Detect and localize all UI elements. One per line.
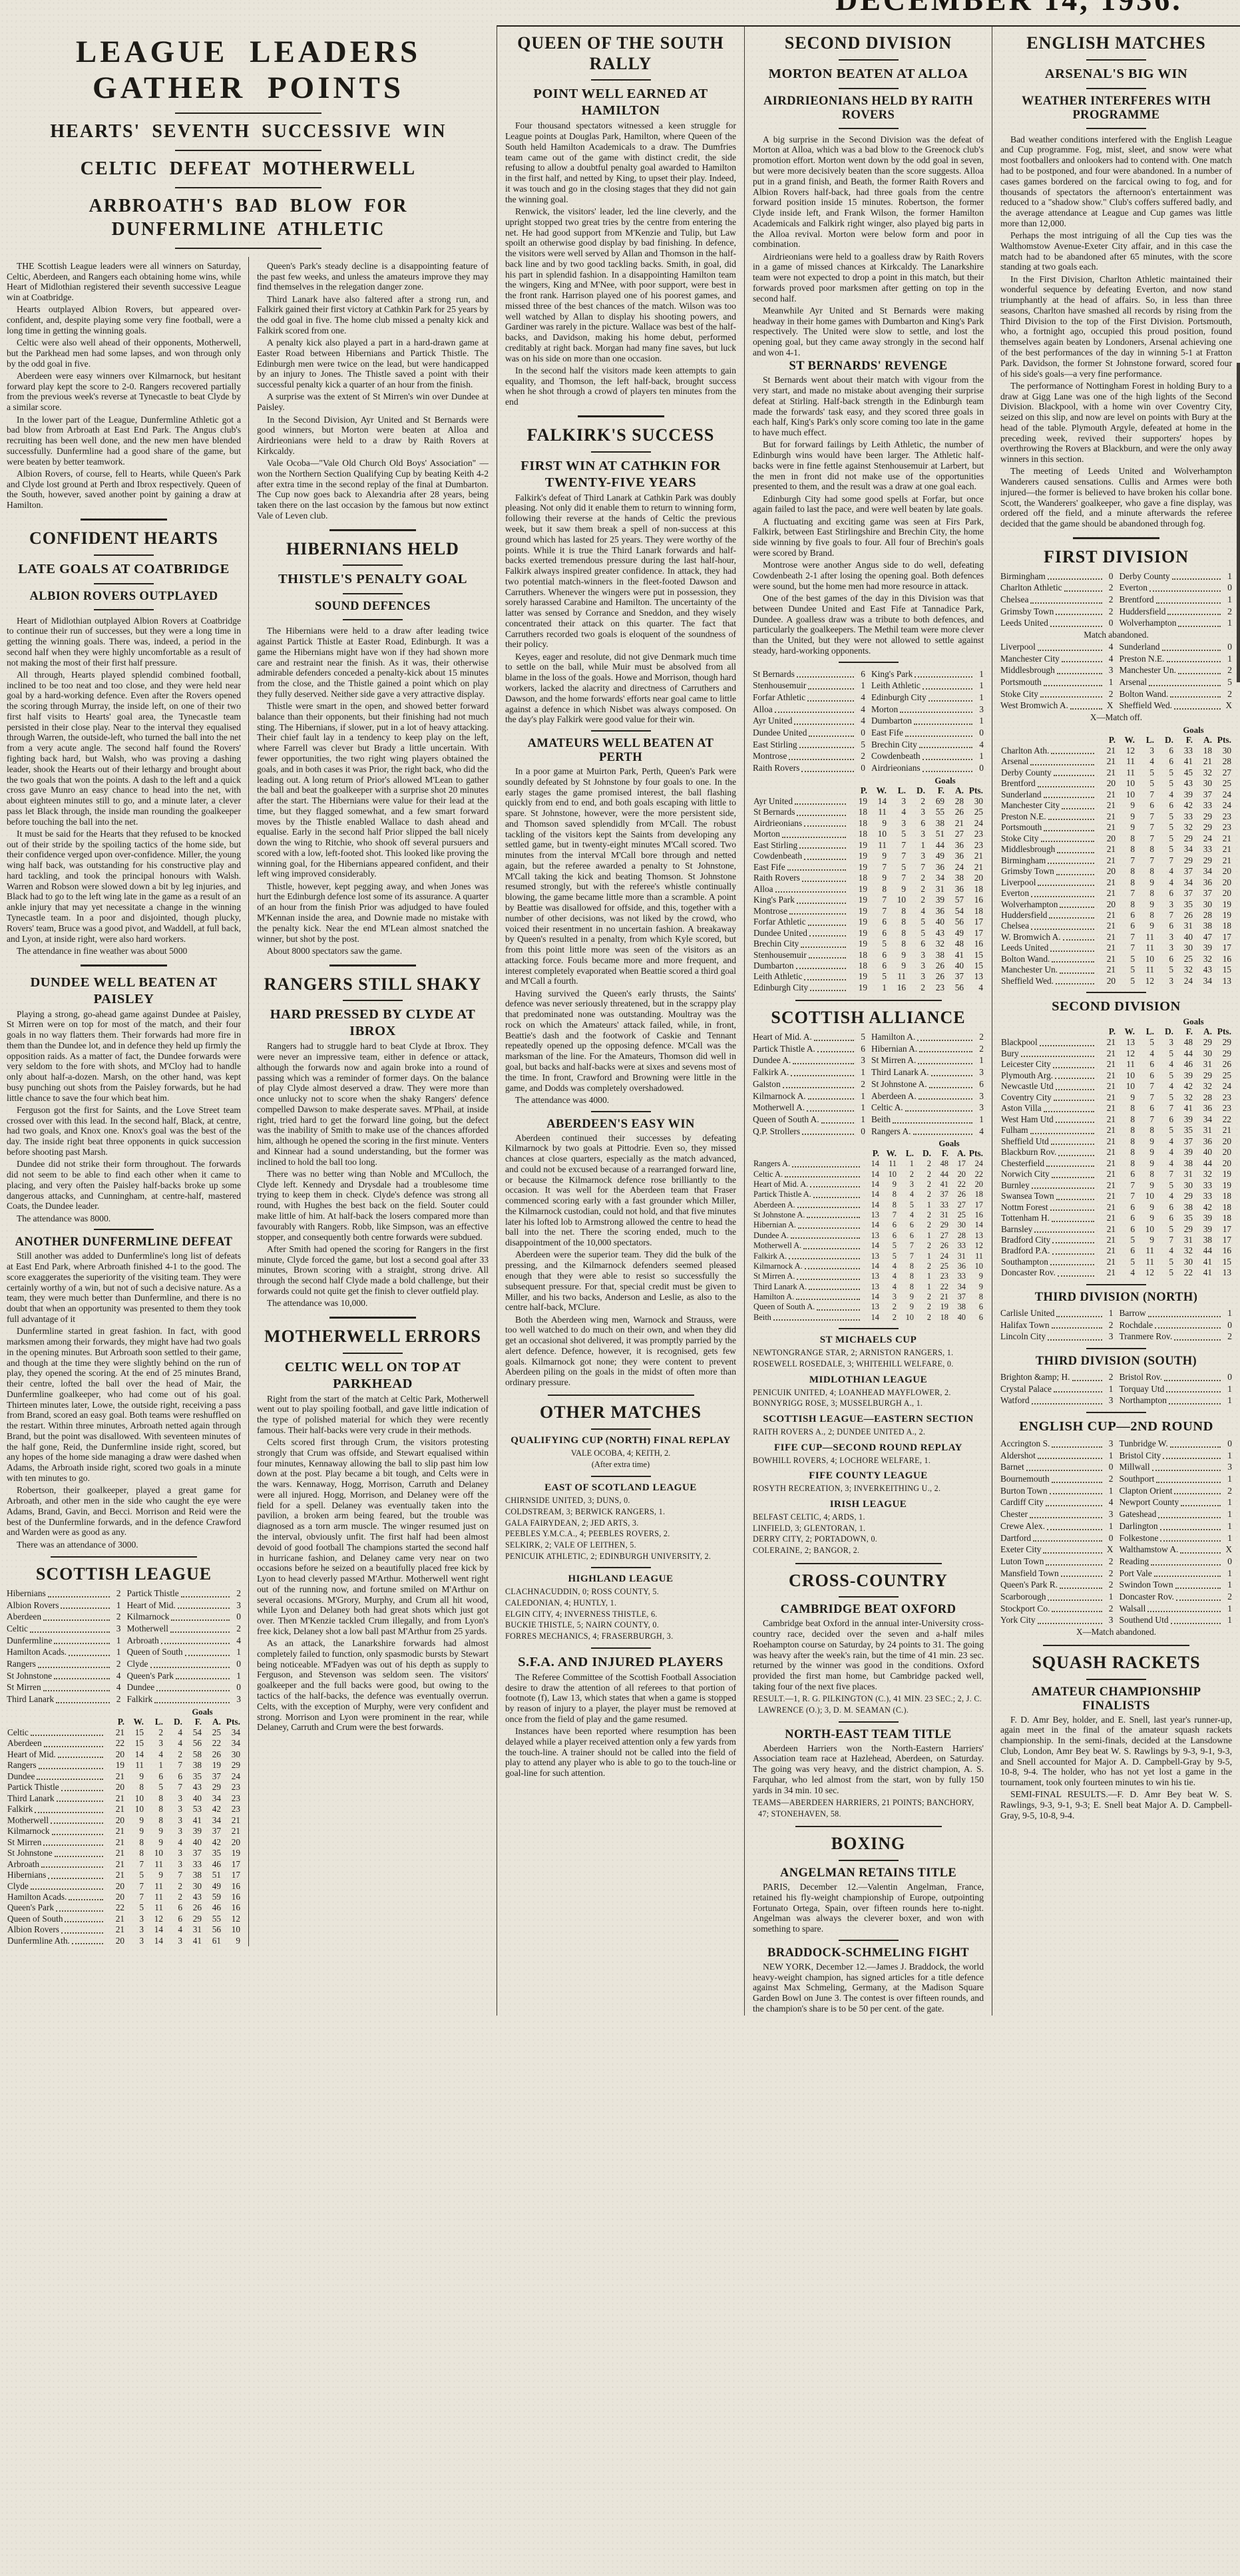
- home-score: 0: [856, 762, 865, 774]
- result-line: CLACHNACUDDIN, 0; ROSS COUNTY, 5.: [505, 1586, 736, 1598]
- home-score: 1: [112, 1635, 121, 1647]
- braddock-report: NEW YORK, December 12.—James J. Braddock…: [753, 1962, 984, 2014]
- away-score: 1: [1223, 1450, 1232, 1462]
- section-rule: [591, 451, 651, 453]
- headline-rule: [175, 248, 321, 249]
- result-row: Barnet0 Millwall3: [1000, 1461, 1232, 1473]
- column-header: W.: [880, 1148, 897, 1159]
- table-row: Hibernian A. 14662293014: [753, 1220, 984, 1230]
- table-row: Birmingham 21777292921: [1000, 855, 1232, 866]
- dot-leader: [41, 1859, 103, 1868]
- column-header: Pts.: [222, 1717, 241, 1727]
- dot-leader: [156, 1681, 230, 1691]
- table-row: St Johnstone A. 13742312516: [753, 1210, 984, 1220]
- team-name: Blackpool: [1001, 1037, 1038, 1048]
- home-score: 1: [856, 1102, 865, 1114]
- home-team: Bournemouth: [1000, 1473, 1050, 1485]
- section-title-sfa-injured: S.F.A. AND INJURED PLAYERS: [505, 1654, 736, 1671]
- result-row: Cardiff City4 Newport County1: [1000, 1496, 1232, 1508]
- table-row: Dundee 21966353724: [7, 1771, 241, 1782]
- column-header: A.: [1193, 1026, 1213, 1037]
- home-team: Galston: [753, 1078, 781, 1090]
- dot-leader: [917, 1031, 972, 1041]
- home-score: 3: [1104, 1331, 1114, 1343]
- away-score: 4: [974, 1126, 984, 1138]
- result-row: Grimsby Town2 Huddersfield2: [1000, 606, 1232, 618]
- table-row: Bury 211245443029: [1000, 1048, 1232, 1059]
- section-divider: [839, 1721, 899, 1723]
- section-subtitle-albion-outplayed: ALBION ROVERS OUTPLAYED: [7, 590, 241, 604]
- result-row: Exeter CityX Walthamstow A.X: [1000, 1544, 1232, 1556]
- section-rule: [1086, 59, 1146, 61]
- dot-leader: [1056, 976, 1094, 984]
- column-header: W.: [125, 1717, 144, 1727]
- dot-leader: [1044, 822, 1094, 831]
- dot-leader: [171, 1611, 230, 1621]
- paragraph: Dunfermline started in great fashion. In…: [7, 1326, 241, 1483]
- first-division-results: Birmingham0 Derby County1 Charlton Athle…: [1000, 570, 1232, 724]
- third-south-results: Brighton &amp; H.2 Bristol Rov.0 Crystal…: [1000, 1371, 1232, 1406]
- paragraph: The attendance was 4000.: [505, 1095, 736, 1106]
- result-row: Brighton &amp; H.2 Bristol Rov.0: [1000, 1371, 1232, 1383]
- home-score: 1: [1104, 1520, 1114, 1532]
- hearts-report: Heart of Midlothian outplayed Albion Rov…: [7, 616, 241, 957]
- column-1: THE Scottish League leaders were all win…: [0, 257, 249, 1947]
- dot-leader: [1041, 833, 1094, 842]
- result-line: BELFAST CELTIC, 4; ARDS, 1.: [753, 1512, 984, 1523]
- dot-leader: [785, 1170, 860, 1178]
- dot-leader: [789, 1251, 860, 1259]
- table-row: Motherwell A. 14572263312: [753, 1241, 984, 1251]
- team-name: Bury: [1001, 1048, 1019, 1059]
- dot-leader: [1050, 1202, 1094, 1211]
- result-row: Manchester City4 Preston N.E.1: [1000, 653, 1232, 665]
- table-header-row: P.W.L.D.F.A.Pts.: [753, 785, 984, 796]
- section-title-third-north: THIRD DIVISION (NORTH): [1000, 1291, 1232, 1305]
- dot-leader: [905, 1102, 972, 1112]
- subsection-qualifying-cup: QUALIFYING CUP (NORTH) FINAL REPLAY: [505, 1435, 736, 1446]
- away-team: Beith: [871, 1114, 891, 1126]
- headline-sub-hearts: HEARTS' SEVENTH SUCCESSIVE WIN: [17, 120, 479, 143]
- section-subtitle-thistle-penalty: THISTLE'S PENALTY GOAL: [257, 571, 489, 588]
- column-3: QUEEN OF THE SOUTH RALLY POINT WELL EARN…: [497, 25, 745, 2016]
- fife-cup-results: BOWHILL ROVERS, 4; LOCHORE WELFARE, 1.: [753, 1455, 984, 1466]
- english-cup-results: Accrington S.3 Tunbridge W.0 Aldershot1 …: [1000, 1438, 1232, 1638]
- result-line: COLERAINE, 2; BANGOR, 2.: [753, 1545, 984, 1556]
- table-row: Brechin City 19586324816: [753, 939, 984, 949]
- boxing-report: PARIS, December 12.—Valentin Angelman, F…: [753, 1882, 984, 1934]
- team-name: Plymouth Arg.: [1001, 1070, 1053, 1081]
- section-rule: [839, 88, 899, 89]
- home-score: 2: [1104, 606, 1114, 618]
- home-score: 6: [856, 668, 865, 680]
- dot-leader: [1052, 954, 1094, 963]
- table-row: Blackpool 211353482929: [1000, 1037, 1232, 1048]
- paragraph: The Hibernians were held to a draw after…: [257, 626, 489, 699]
- home-score: 1: [856, 680, 865, 692]
- column-header: F.: [1174, 1026, 1193, 1037]
- result-row: Heart of Mid. A.5 Hamilton A.2: [753, 1031, 984, 1043]
- table-row: Burnley 21795303319: [1000, 1180, 1232, 1191]
- table-row: Leeds United 217113303917: [1000, 943, 1232, 953]
- home-team: Queen's Park R.: [1000, 1579, 1058, 1591]
- result-row: Liverpool4 Sunderland0: [1000, 641, 1232, 653]
- home-score: X: [1104, 1544, 1114, 1556]
- section-subtitle-airdrie-held: AIRDRIEONIANS HELD BY RAITH ROVERS: [753, 95, 984, 122]
- dot-leader: [1056, 606, 1102, 616]
- result-row: Dundee United0 East Fife0: [753, 727, 984, 739]
- headline-sub-arbroath: ARBROATH'S BAD BLOW FOR DUNFERMLINE ATHL…: [17, 195, 479, 240]
- section-rule: [94, 583, 154, 584]
- column-header: D.: [915, 1148, 932, 1159]
- section-subtitle-weather: WEATHER INTERFERES WITH PROGRAMME: [1000, 95, 1232, 122]
- result-row: Scarborough1 Doncaster Rov.2: [1000, 1591, 1232, 1603]
- subsection-fife-cup: FIFE CUP—SECOND ROUND REPLAY: [753, 1442, 984, 1454]
- table-row: King's Park 197102395716: [753, 895, 984, 905]
- away-score: 0: [1223, 582, 1232, 594]
- home-score: 0: [1104, 1532, 1114, 1544]
- squash-report: F. D. Amr Bey, holder, and E. Snell, las…: [1000, 1715, 1232, 1821]
- section-title-motherwell-errors: MOTHERWELL ERRORS: [257, 1327, 489, 1347]
- paragraph: A penalty kick also played a part in a h…: [257, 337, 489, 390]
- table-row: Barnsley 216105293917: [1000, 1224, 1232, 1235]
- section-title-falkirk-success: FALKIRK'S SUCCESS: [505, 425, 736, 446]
- dot-leader: [797, 807, 846, 815]
- home-team: Stockport Co.: [1000, 1603, 1050, 1615]
- away-score: 5: [1223, 676, 1232, 688]
- result-line: PEEBLES Y.M.C.A., 4; PEEBLES ROVERS, 2.: [505, 1528, 736, 1540]
- team-name: Raith Rovers: [753, 873, 800, 883]
- dot-leader: [796, 961, 846, 969]
- away-team: Falkirk: [127, 1693, 153, 1705]
- column-header: Pts.: [1213, 735, 1232, 746]
- dot-leader: [30, 1623, 110, 1633]
- paragraph: Falkirk's defeat of Third Lanark at Cath…: [505, 493, 736, 650]
- team-name: Charlton Ath.: [1001, 746, 1049, 756]
- result-line: BUCKIE THISTLE, 5; NAIRN COUNTY, 0.: [505, 1619, 736, 1631]
- result-row: Q.P. Strollers0 Rangers A.4: [753, 1126, 984, 1138]
- dot-leader: [1030, 1125, 1094, 1134]
- paragraph: Dundee did not strike their form through…: [7, 1159, 241, 1211]
- dot-leader: [181, 1588, 230, 1598]
- away-team: Millwall: [1120, 1461, 1150, 1473]
- section-divider: [591, 1476, 651, 1477]
- table-row: Dumbarton 18693264015: [753, 961, 984, 971]
- team-name: Hamilton A.: [753, 1292, 794, 1302]
- column-header: A.: [949, 1148, 966, 1159]
- away-team: Huddersfield: [1120, 606, 1166, 618]
- team-name: Hibernian A.: [753, 1220, 796, 1230]
- home-score: 3: [1104, 1438, 1114, 1450]
- dot-leader: [1030, 594, 1102, 604]
- table-row: Ayr United 191432692830: [753, 796, 984, 807]
- home-score: 2: [1104, 688, 1114, 700]
- section-rule: [839, 1860, 899, 1861]
- dot-leader: [807, 692, 854, 702]
- dot-leader: [154, 1693, 230, 1703]
- team-name: Heart of Mid.: [7, 1749, 56, 1760]
- dot-leader: [1040, 688, 1102, 698]
- dot-leader: [918, 1054, 972, 1064]
- dot-leader: [810, 982, 846, 991]
- dot-leader: [915, 668, 972, 678]
- away-score: 3: [974, 1066, 984, 1078]
- table-row: Huddersfield 21687262819: [1000, 910, 1232, 921]
- result-row: St Mirren4 Dundee0: [7, 1681, 241, 1693]
- team-name: Aberdeen: [7, 1738, 42, 1749]
- team-name: Queen of South: [7, 1914, 63, 1924]
- dot-leader: [1049, 910, 1094, 919]
- table-row: Coventry City 21975322823: [1000, 1092, 1232, 1103]
- dot-leader: [1062, 800, 1094, 809]
- section-title-english-cup: ENGLISH CUP—2ND ROUND: [1000, 1418, 1232, 1435]
- home-team: Watford: [1000, 1395, 1030, 1406]
- team-name: Beith: [753, 1313, 771, 1323]
- paragraph: The attendance was 10,000.: [257, 1298, 489, 1309]
- away-team: Rochdale: [1120, 1319, 1153, 1331]
- team-name: St Johnstone: [7, 1848, 53, 1858]
- table-header-row: P.W.L.D.F.A.Pts.: [1000, 1026, 1232, 1037]
- away-score: 1: [232, 1646, 241, 1658]
- paragraph: Aberdeen were easy winners over Kilmarno…: [7, 371, 241, 413]
- dot-leader: [57, 1793, 103, 1802]
- second-division-table: Goals P.W.L.D.F.A.Pts. Ayr United 191432…: [753, 777, 984, 994]
- result-row: Partick Thistle A.6 Hibernian A.2: [753, 1043, 984, 1055]
- table-row: Wolverhampton 20893353019: [1000, 899, 1232, 910]
- dot-leader: [1046, 1556, 1102, 1566]
- result-line: ELGIN CITY, 4; INVERNESS THISTLE, 6.: [505, 1609, 736, 1620]
- away-score: 3: [232, 1693, 241, 1705]
- paragraph: In the second half the visitors made kee…: [505, 365, 736, 407]
- section-title-rangers-shaky: RANGERS STILL SHAKY: [257, 974, 489, 995]
- home-score: 4: [1104, 653, 1114, 665]
- dot-leader: [809, 1282, 860, 1290]
- dot-leader: [1052, 1245, 1095, 1254]
- home-score: 2: [1104, 594, 1114, 606]
- dot-leader: [1167, 606, 1221, 616]
- result-row: Stenhousemuir1 Leith Athletic1: [753, 680, 984, 692]
- away-team: Torquay Utd: [1120, 1383, 1165, 1395]
- dot-leader: [1063, 932, 1094, 941]
- east-of-scotland-results: CHIRNSIDE UNITED, 3; DUNS, 0.COLDSTREAM,…: [505, 1495, 736, 1562]
- result-row: Portsmouth1 Arsenal5: [1000, 676, 1232, 688]
- paragraph: But for forward failings by Leith Athlet…: [753, 439, 984, 492]
- result-row: Queen's Park R.2 Swindon Town1: [1000, 1579, 1232, 1591]
- away-score: 1: [1223, 570, 1232, 582]
- column-header: D.: [1155, 1026, 1174, 1037]
- paragraph: The Referee Committee of the Scottish Fo…: [505, 1672, 736, 1725]
- column-header: D.: [1155, 735, 1174, 746]
- away-team: Newport County: [1120, 1496, 1179, 1508]
- away-team: Edinburgh City: [871, 692, 927, 704]
- result-row: Aldershot1 Bristol City1: [1000, 1450, 1232, 1462]
- dot-leader: [1162, 641, 1221, 651]
- section-title-hibernians-held: HIBERNIANS HELD: [257, 539, 489, 560]
- table-row: Morton 181053512723: [753, 829, 984, 839]
- paragraph: Celts scored first through Crum, the vis…: [257, 1437, 489, 1637]
- table-row: Raith Rovers 18972343820: [753, 873, 984, 883]
- dot-leader: [43, 1681, 110, 1691]
- dot-leader: [69, 1892, 103, 1900]
- dot-leader: [1147, 1603, 1221, 1613]
- away-score: 2: [974, 1031, 984, 1043]
- section-divider: [591, 1111, 651, 1112]
- result-row: X—Match off.: [1000, 712, 1232, 724]
- home-team: Partick Thistle A.: [753, 1043, 815, 1055]
- home-team: Mansfield Town: [1000, 1568, 1059, 1580]
- section-divider: [839, 1940, 899, 1941]
- team-name: Manchester Un.: [1001, 965, 1058, 975]
- third-north-results: Carlisle United1 Barrow1 Halifax Town2 R…: [1000, 1307, 1232, 1343]
- column-header: P.: [1097, 1026, 1116, 1037]
- away-score: 1: [1223, 653, 1232, 665]
- result-row: Stockport Co.2 Walsall1: [1000, 1603, 1232, 1615]
- team-name: Forfar Athletic: [753, 917, 806, 927]
- result-row: Halifax Town2 Rochdale0: [1000, 1319, 1232, 1331]
- paragraph: The performance of Nottingham Forest in …: [1000, 381, 1232, 465]
- home-team: Third Lanark: [7, 1693, 54, 1705]
- team-name: Cowdenbeath: [753, 851, 802, 861]
- away-team: Queen's Park: [127, 1670, 174, 1682]
- section-subtitle-point-earned: POINT WELL EARNED AT HAMILTON: [505, 86, 736, 119]
- away-score: 1: [1223, 1508, 1232, 1520]
- table-row: Celtic A. 141022442022: [753, 1170, 984, 1180]
- dot-leader: [817, 1302, 860, 1310]
- paragraph: Heart of Midlothian outplayed Albion Rov…: [7, 616, 241, 668]
- second-division-results: St Bernards6 King's Park1 Stenhousemuir1…: [753, 668, 984, 774]
- dot-leader: [1052, 1235, 1094, 1243]
- paragraph: Bad weather conditions interfered with t…: [1000, 134, 1232, 229]
- home-score: 1: [1104, 1383, 1114, 1395]
- dot-leader: [801, 939, 846, 947]
- home-team: Kilmarnock A.: [753, 1090, 806, 1102]
- home-score: 5: [856, 1031, 865, 1043]
- irish-league-results: BELFAST CELTIC, 4; ARDS, 1.LINFIELD, 3; …: [753, 1512, 984, 1556]
- team-name: Burnley: [1001, 1180, 1030, 1191]
- dot-leader: [1060, 965, 1094, 973]
- qualifying-cup-note: (After extra time): [505, 1459, 736, 1470]
- dot-leader: [1061, 1568, 1102, 1578]
- team-name: Wolverhampton: [1001, 899, 1058, 910]
- dot-leader: [61, 1600, 109, 1610]
- home-team: Barnet: [1000, 1461, 1024, 1473]
- table-row: Bolton Wand. 215106253216: [1000, 954, 1232, 965]
- table-row: St Mirren 21894404220: [7, 1837, 241, 1848]
- column-header: A.: [945, 785, 964, 796]
- away-team: Sunderland: [1120, 641, 1160, 653]
- paragraph: Four thousand spectators witnessed a kee…: [505, 120, 736, 204]
- dot-leader: [809, 928, 846, 937]
- paragraph: Aberdeen were the superior team. They di…: [505, 1249, 736, 1313]
- home-score: 0: [1104, 570, 1114, 582]
- table-row: Third Lanark A. 1348122349: [753, 1282, 984, 1292]
- dot-leader: [919, 1043, 972, 1053]
- dot-leader: [1026, 1461, 1102, 1471]
- table-header-row: P.W.L.D.F.A.Pts.: [1000, 735, 1232, 746]
- team-name: Alloa: [753, 884, 773, 895]
- table-row: Chelsea 21696313818: [1000, 921, 1232, 931]
- table-row: Southampton 215115304115: [1000, 1257, 1232, 1267]
- home-team: Brighton &amp; H.: [1000, 1371, 1070, 1383]
- lead-intro: THE Scottish League leaders were all win…: [7, 261, 241, 511]
- dot-leader: [1048, 1331, 1102, 1341]
- home-team: Albion Rovers: [7, 1600, 59, 1611]
- section-title-third-south: THIRD DIVISION (SOUTH): [1000, 1355, 1232, 1369]
- result-row: Accrington S.3 Tunbridge W.0: [1000, 1438, 1232, 1450]
- dot-leader: [931, 1066, 972, 1076]
- home-team: Motherwell A.: [753, 1102, 805, 1114]
- dot-leader: [805, 1261, 860, 1269]
- dot-leader: [789, 906, 846, 915]
- result-line: CHIRNSIDE UNITED, 3; DUNS, 0.: [505, 1495, 736, 1506]
- dot-leader: [1050, 943, 1094, 951]
- dot-leader: [1174, 1331, 1221, 1341]
- cross-country-report: Cambridge beat Oxford in the annual inte…: [753, 1618, 984, 1691]
- away-score: 1: [974, 1114, 984, 1126]
- st-bernards-report: St Bernards went about their match with …: [753, 375, 984, 656]
- dot-leader: [1031, 888, 1094, 897]
- paragraph: Thistle were smart in the open, and show…: [257, 701, 489, 879]
- section-divider: [81, 519, 167, 521]
- home-team: Chester: [1000, 1508, 1028, 1520]
- section-divider: [1043, 1645, 1189, 1646]
- away-score: 2: [1223, 664, 1232, 676]
- team-name: Heart of Mid. A.: [753, 1180, 808, 1189]
- dot-leader: [1050, 1485, 1102, 1495]
- column-header: L.: [897, 1148, 915, 1159]
- result-line: COLDSTREAM, 3; BERWICK RANGERS, 1.: [505, 1506, 736, 1518]
- table-row: East Fife 19757362421: [753, 862, 984, 873]
- team-name: Leith Athletic: [753, 971, 802, 982]
- dot-leader: [1152, 1461, 1221, 1471]
- away-team: Southend Utd: [1120, 1614, 1169, 1626]
- section-divider: [839, 662, 899, 663]
- dot-leader: [43, 1837, 103, 1846]
- section-subtitle-cathkin-win: FIRST WIN AT CATHKIN FOR TWENTY-FIVE YEA…: [505, 458, 736, 491]
- away-score: 3: [974, 1090, 984, 1102]
- dot-leader: [795, 796, 846, 805]
- dot-leader: [1030, 756, 1094, 765]
- away-team: Doncaster Rov.: [1120, 1591, 1174, 1603]
- home-score: 1: [1104, 676, 1114, 688]
- paragraph: Rangers had to struggle hard to beat Cly…: [257, 1041, 489, 1167]
- section-rule: [839, 128, 899, 129]
- home-team: Lincoln City: [1000, 1331, 1046, 1343]
- home-score: 2: [1104, 1568, 1114, 1580]
- paragraph: A fluctuating and exciting game was seen…: [753, 517, 984, 558]
- home-score: 2: [856, 750, 865, 762]
- result-line: CALEDONIAN, 4; HUNTLY, 1.: [505, 1598, 736, 1609]
- team-name: Derby County: [1001, 767, 1052, 778]
- team-name: Sheffield Utd: [1001, 1136, 1049, 1147]
- column-header: W.: [1116, 1026, 1136, 1037]
- section-subtitle-squash-finalists: AMATEUR CHAMPIONSHIP FINALISTS: [1000, 1685, 1232, 1713]
- paragraph: Aberdeen continued their successes by de…: [505, 1133, 736, 1248]
- home-team: Luton Town: [1000, 1556, 1044, 1568]
- dot-leader: [905, 727, 972, 737]
- section-rule: [591, 79, 651, 81]
- team-name: Kilmarnock A.: [753, 1261, 803, 1271]
- table-row: Norwich City 21687313219: [1000, 1169, 1232, 1180]
- home-team: St Johnstone: [7, 1670, 52, 1682]
- dot-leader: [1052, 1213, 1094, 1221]
- away-score: 2: [1223, 1591, 1232, 1603]
- away-team: Hibernian A.: [871, 1043, 917, 1055]
- team-name: Doncaster Rov.: [1001, 1267, 1056, 1278]
- result-row: Chester3 Gateshead1: [1000, 1508, 1232, 1520]
- table-row: Montrose 19784365418: [753, 906, 984, 917]
- column-header: P.: [106, 1717, 125, 1727]
